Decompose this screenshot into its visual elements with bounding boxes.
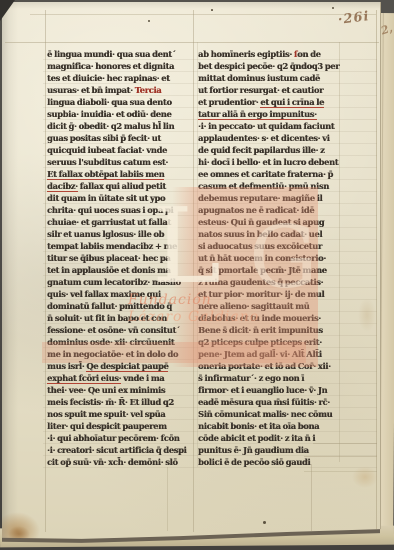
- ink-text: vnde i ma: [121, 373, 164, 383]
- red-underlined-text: dacibz·: [47, 181, 78, 192]
- ink-text: meis fecistis· m̄· R̄· Et illud q2: [47, 397, 174, 407]
- text-line: applaudentes· s· et dicentes· vi: [198, 132, 346, 144]
- ink-text: de quid fecit papilardus ille· z: [198, 145, 324, 155]
- ink-text: punitus ē· Jn̄ gaudium dia: [198, 445, 309, 455]
- ink-text: mittat dominus iustum cadē: [198, 73, 320, 83]
- text-line: nos spuit me spuit· vel spūa: [47, 408, 195, 420]
- ink-text: lingua diaboli· qua sua dento: [47, 97, 172, 107]
- ink-text: ē lingua mundi· qua sua dent´: [47, 49, 176, 59]
- ink-text: cit op̄ suū· vn̄· xch̄· demōni· slō: [47, 457, 178, 467]
- watermark-strip: [42, 342, 306, 363]
- manuscript-page: ē lingua mundi· qua sua dent´magnifica· …: [2, 2, 381, 541]
- watermark-caption-line2: Lázaro Galdiano: [128, 309, 259, 325]
- text-line: de quid fecit papilardus ille· z: [198, 144, 346, 156]
- ink-text: s̄ infirmatur´· z ego non ī: [198, 373, 304, 383]
- text-line: usuras· et bn̄ impat· Tercia: [47, 84, 195, 96]
- red-underlined-text: et qui i crīna le: [260, 97, 324, 108]
- text-line: Et fallax obtēpat labiis men: [47, 168, 195, 180]
- ink-text: Sin̄ cōmunicat malis· nec cōmu: [198, 409, 332, 419]
- text-line: eadē mēsura qua m̄si fūitis· rc̄·: [198, 396, 346, 408]
- ink-text: supbia· inuidia· et odiū· dene: [47, 109, 171, 119]
- text-line: ee omnes et caritate fraterna· p̄: [198, 168, 346, 180]
- ink-text: dit quam in ūitate sit ut ypo: [47, 193, 165, 203]
- text-line: bet despici pecōe· q2 q̄ndoq3 per: [198, 60, 346, 72]
- text-line: cit op̄ suū· vn̄· xch̄· demōni· slō: [47, 456, 195, 468]
- text-line: mittat dominus iustum cadē: [198, 72, 346, 84]
- ink-text: ·i· creatori· sicut artificia q̄ despi: [47, 445, 186, 455]
- manuscript-photo: ē lingua mundi· qua sua dent´magnifica· …: [0, 0, 394, 550]
- text-line: ·i· in peccato· ut quidam faciunt: [198, 120, 346, 132]
- ink-text: tes et diuicie· hec rapinas· et: [47, 73, 170, 83]
- ink-text: cōde abicit et podit· z ita n̄ i: [198, 433, 315, 443]
- ruling-line: [30, 14, 376, 15]
- ink-text: nos spuit me spuit· vel spūa: [47, 409, 165, 419]
- text-line: quicquid iubeat faciat· vnde: [47, 144, 195, 156]
- ink-text: bolici ē de pecōo siō gaudi: [198, 457, 310, 467]
- red-underlined-text: Et fallax obtēpat labiis men: [47, 169, 164, 180]
- text-line: meis fecistis· m̄· R̄· Et illud q2: [47, 396, 195, 408]
- text-line: liter· qui despicit pauperem: [47, 420, 195, 432]
- ink-text: ·i· in peccato· ut quidam faciunt: [198, 121, 334, 131]
- rubric-text: Tercia: [135, 85, 162, 95]
- ink-text: quicquid iubeat faciat· vnde: [47, 145, 167, 155]
- ruling-line: [311, 464, 312, 532]
- ink-speck: [263, 521, 266, 524]
- text-line: tatur aliā n̄ ergo impunitus·: [198, 108, 346, 120]
- text-line: Sin̄ cōmunicat malis· nec cōmu: [198, 408, 346, 420]
- red-underlined-text: exphat fcōri eius·: [47, 373, 121, 384]
- text-line: dicit ḡ· obedit· q2 malus hl̄ lin: [47, 120, 195, 132]
- text-line: ·i· creatori· sicut artificia q̄ despi: [47, 444, 195, 456]
- ink-text: eadē mēsura qua m̄si fūitis· rc̄·: [198, 397, 330, 407]
- ink-text: ut fortior resurgat· et cautior: [198, 85, 323, 95]
- text-line: seruus l'subditus catum est·: [47, 156, 195, 168]
- text-line: supbia· inuidia· et odiū· dene: [47, 108, 195, 120]
- ruling-line: [167, 467, 168, 531]
- text-line: ē lingua mundi· qua sua dent´: [47, 48, 195, 60]
- text-line: tes et diuicie· hec rapinas· et: [47, 72, 195, 84]
- ink-text: dicit ḡ· obedit· q2 malus hl̄ lin: [47, 121, 174, 131]
- ink-text: fessione· et osōne· vn̄ consitut´: [47, 325, 180, 335]
- ink-text: nicabit bonis· et ita oīa bona: [198, 421, 319, 431]
- text-line: exphat fcōri eius· vnde i ma: [47, 372, 195, 384]
- ink-text: ·i· qui abhoīatur pecōrem· fcōn: [47, 433, 179, 443]
- text-line: ab homīneris egiptiis· ſon de: [198, 48, 346, 60]
- ink-text: magnifica· honores et dignita: [47, 61, 174, 71]
- text-line: nicabit bonis· et ita oīa bona: [198, 420, 346, 432]
- text-line: bolici ē de pecōo siō gaudi: [198, 456, 346, 468]
- ink-text: ee omnes et caritate fraterna· p̄: [198, 169, 333, 179]
- watermark-caption-line1: Fundación: [128, 292, 212, 308]
- ink-text: liter· qui despicit pauperem: [47, 421, 167, 431]
- text-line: s̄ infirmatur´· z ego non ī: [198, 372, 346, 384]
- ink-text: hi· docī i bello· et in lucro debent: [198, 157, 338, 167]
- photo-corner-background: [0, 0, 15, 21]
- ink-text: guas positas sibi p̄ fecit· ut: [47, 133, 161, 143]
- red-underlined-text: tatur aliā n̄ ergo impunitus·: [198, 109, 317, 120]
- ink-speck: [332, 7, 334, 9]
- ink-text: firmor· et i euanglio luce· v̄· Jn: [198, 385, 327, 395]
- ink-text: thei· vee· Qe uni ex minimis: [47, 385, 165, 395]
- text-line: ut fortior resurgat· et cautior: [198, 84, 346, 96]
- ink-text: usuras· et bn̄ impat·: [47, 85, 135, 95]
- text-line: punitus ē· Jn̄ gaudium dia: [198, 444, 346, 456]
- text-line: ·i· qui abhoīatur pecōrem· fcōn: [47, 432, 195, 444]
- stain: [358, 298, 376, 332]
- ink-speck: [211, 9, 213, 11]
- text-line: cōde abicit et podit· z ita n̄ i: [198, 432, 346, 444]
- text-line: lingua diaboli· qua sua dento: [47, 96, 195, 108]
- watermark-monogram-l: L: [152, 194, 221, 298]
- ink-text: seruus l'subditus catum est·: [47, 157, 168, 167]
- ink-speck: [148, 20, 150, 22]
- text-line: hi· docī i bello· et in lucro debent: [198, 156, 346, 168]
- ink-text: on de: [297, 49, 320, 59]
- folio-number-inscription: ·26i: [337, 9, 370, 28]
- ink-text: silr et uanus lglosus· ille ob: [47, 229, 164, 239]
- ink-text: ab homīneris egiptiis·: [198, 49, 294, 59]
- watermark-monogram-g: G: [249, 215, 318, 301]
- stain: [352, 466, 378, 488]
- ink-text: applaudentes· s· et dicentes· vi: [198, 133, 330, 143]
- text-line: guas positas sibi p̄ fecit· ut: [47, 132, 195, 144]
- text-line: thei· vee· Qe uni ex minimis: [47, 384, 195, 396]
- ruling-line: [5, 42, 379, 43]
- ink-text: bet despici pecōe· q2 q̄ndoq3 per: [198, 61, 339, 71]
- text-line: firmor· et i euanglio luce· v̄· Jn: [198, 384, 346, 396]
- text-line: et prudentior· et qui i crīna le: [198, 96, 346, 108]
- text-line: magnifica· honores et dignita: [47, 60, 195, 72]
- ink-text: et prudentior·: [198, 97, 260, 107]
